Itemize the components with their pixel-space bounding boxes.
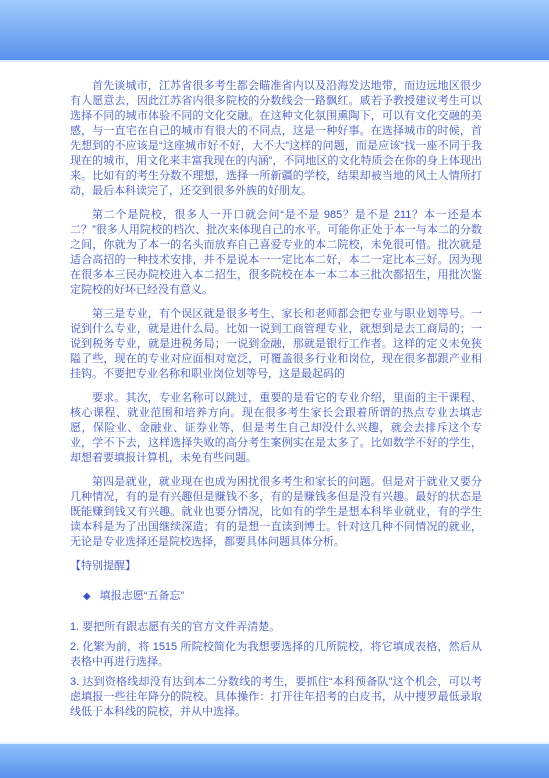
bullet-text: 填报志愿“五备忘” <box>100 590 184 602</box>
document-page: 首先谈城市，江苏省很多考生都会瞄准省内以及沿海发达地带，而边远地区很少有人愿意去… <box>0 62 549 742</box>
bottom-banner <box>0 742 549 778</box>
paragraph-college: 第二个是院校，很多人一开口就会问“是不是 985？是不是 211？本一还是本二？… <box>70 208 482 298</box>
note-item-2: 2. 化繁为前，将 1515 所院校简化为我想要选择的几所院校，将它填成表格，然… <box>70 640 482 670</box>
note-item-3: 3. 达到资格线却没有达到本二分数线的考生，要抓住“本科预备队”这个机会，可以考… <box>70 675 482 720</box>
special-reminder-heading: 【特别提醒】 <box>70 559 482 574</box>
note-item-1: 1. 要把所有跟志愿有关的官方文件弄清楚。 <box>70 620 482 635</box>
diamond-bullet-icon: ◆ <box>83 589 91 604</box>
top-banner <box>0 0 549 62</box>
article-text: 首先谈城市，江苏省很多考生都会瞄准省内以及沿海发达地带，而边远地区很少有人愿意去… <box>70 62 482 720</box>
paragraph-employment: 第四是就业，就业现在也成为困扰很多考生和家长的问题。但是对于就业又要分几种情况，… <box>70 475 482 550</box>
paragraph-major-continued: 要求。其次，专业名称可以跳过，重要的是看它的专业介绍，里面的主干课程、核心课程、… <box>70 391 482 466</box>
bullet-line: ◆填报志愿“五备忘” <box>70 589 482 604</box>
paragraph-city: 首先谈城市，江苏省很多考生都会瞄准省内以及沿海发达地带，而边远地区很少有人愿意去… <box>70 79 482 199</box>
paragraph-major: 第三是专业，有个误区就是很多考生、家长和老师都会把专业与职业划等号。一说到什么专… <box>70 307 482 382</box>
